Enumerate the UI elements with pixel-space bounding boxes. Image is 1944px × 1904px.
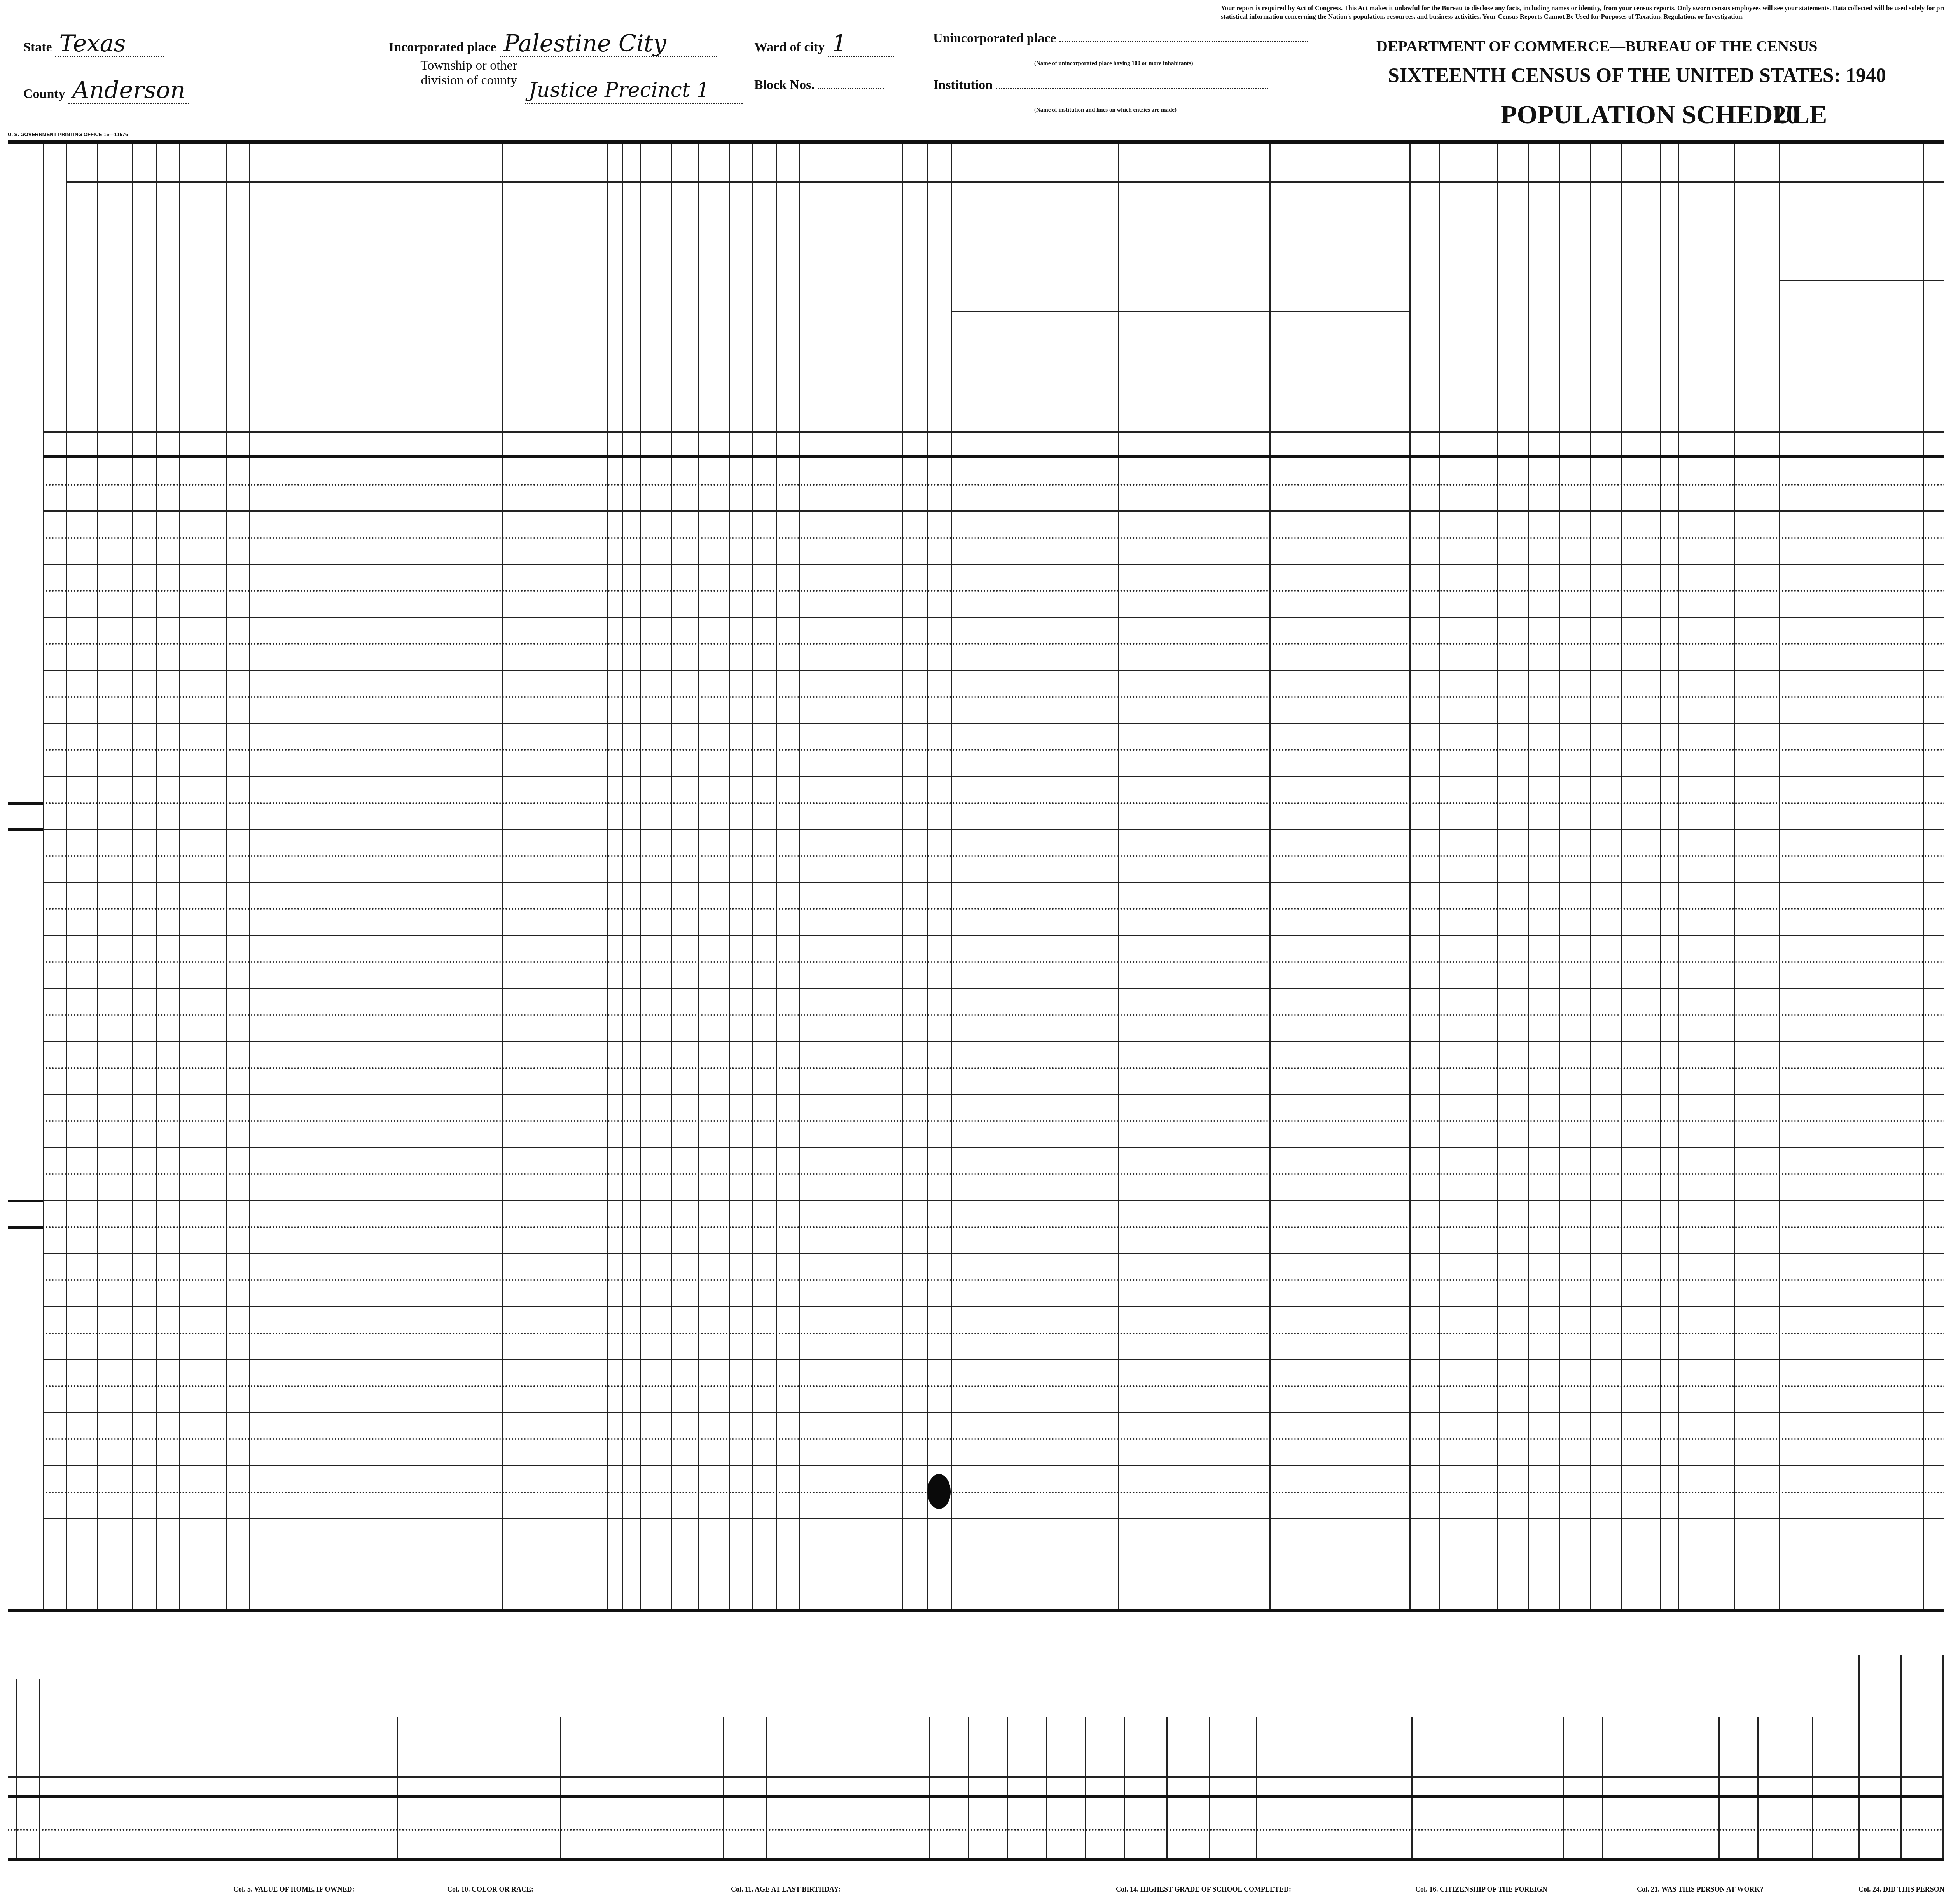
supp-column-rule — [39, 1679, 40, 1861]
cell-name — [251, 591, 500, 616]
cell-sex — [624, 1174, 638, 1199]
cell-w23 — [1561, 1069, 1589, 1093]
cell-codeC — [904, 459, 926, 484]
cell-name — [251, 485, 500, 510]
cell-w24 — [1593, 1201, 1620, 1226]
cell-codeC — [904, 830, 926, 855]
cell-res17 — [953, 1121, 1116, 1146]
supp-cell-father — [399, 1830, 558, 1857]
cell-w24 — [1593, 936, 1620, 961]
cell-res17 — [953, 1201, 1116, 1226]
cell-farm20 — [1412, 697, 1437, 722]
supplementary-questions — [8, 1609, 1944, 1861]
cell-hrs — [1680, 1015, 1732, 1040]
cell-age — [673, 1042, 696, 1067]
cell-rel — [504, 565, 605, 590]
cell-sch — [731, 591, 751, 616]
supp-column-rule — [1757, 1717, 1759, 1861]
cell-grade — [755, 1042, 774, 1067]
cell-w21 — [1499, 1201, 1526, 1226]
supp-row-rule — [8, 1858, 1944, 1861]
county-value: Anderson — [68, 78, 189, 104]
column-rule — [1497, 144, 1498, 1609]
cell-codeB — [778, 697, 797, 722]
cell-w25 — [1624, 962, 1659, 987]
cell-sch — [731, 1280, 751, 1305]
cell-sch — [731, 1254, 751, 1279]
cell-codeA — [609, 697, 621, 722]
cell-name — [251, 830, 500, 855]
cell-codeA — [609, 1095, 621, 1120]
cell-codeA — [609, 459, 621, 484]
supp-cell-lang — [768, 1830, 928, 1857]
cell-codeC — [904, 671, 926, 696]
column-rule — [226, 144, 227, 1609]
cell-farm — [228, 1201, 247, 1226]
cell-ind — [1925, 512, 1944, 536]
cell-birth — [801, 830, 900, 855]
cell-codeD — [1441, 856, 1495, 881]
cell-res19 — [1272, 1254, 1408, 1279]
cell-w23 — [1561, 909, 1589, 934]
cell-age — [673, 1228, 696, 1252]
column-rule — [698, 144, 699, 1609]
cell-farm20 — [1412, 1254, 1437, 1279]
ward-field: Ward of city 1 — [754, 31, 894, 57]
column-rule — [1678, 144, 1679, 1609]
cell-rel — [504, 989, 605, 1014]
supp-cell-father — [399, 1801, 558, 1828]
cell-age — [673, 512, 696, 536]
cell-codeA — [609, 909, 621, 934]
cell-age — [673, 989, 696, 1014]
supp-cell-codeJ — [1604, 1830, 1717, 1857]
cell-farm20 — [1412, 989, 1437, 1014]
cell-mar — [700, 644, 727, 669]
col-header-c21 — [1498, 187, 1526, 428]
cell-name — [251, 909, 500, 934]
cell-res17 — [953, 909, 1116, 934]
column-rule — [156, 144, 157, 1609]
cell-w22 — [1530, 1201, 1558, 1226]
cell-sch — [731, 1174, 751, 1199]
cell-rel — [504, 485, 605, 510]
cell-farm20 — [1412, 856, 1437, 881]
cell-codeB — [778, 485, 797, 510]
cell-w24 — [1593, 538, 1620, 563]
cell-sch — [731, 512, 751, 536]
col-header-c26 — [1679, 187, 1732, 428]
cell-age — [673, 538, 696, 563]
cell-birth — [801, 1280, 900, 1305]
cell-farm — [228, 644, 247, 669]
cell-race — [642, 1148, 669, 1173]
cell-codeA — [609, 485, 621, 510]
cell-w24 — [1593, 485, 1620, 510]
cell-farm20 — [1412, 936, 1437, 961]
cell-w23 — [1561, 1042, 1589, 1067]
cell-mar — [700, 485, 727, 510]
cell-mar — [700, 671, 727, 696]
cell-sch — [731, 1069, 751, 1093]
cell-ind — [1925, 883, 1944, 908]
footer-note: Col. 14. HIGHEST GRADE OF SCHOOL COMPLET… — [1116, 1885, 1291, 1894]
cell-grade — [755, 936, 774, 961]
col-header-c3 — [134, 187, 154, 428]
cell-w22 — [1530, 1280, 1558, 1305]
row-rule — [43, 1465, 1944, 1466]
supp-column-rule — [968, 1717, 969, 1861]
cell-occ — [1781, 618, 1921, 643]
cell-name — [251, 804, 500, 828]
supp-colnum-rule — [8, 1776, 1944, 1778]
cell-w23 — [1561, 538, 1589, 563]
state-field: State Texas — [23, 31, 164, 57]
cell-w22 — [1530, 671, 1558, 696]
cell-rel — [504, 962, 605, 987]
cell-rel — [504, 1228, 605, 1252]
cell-birth — [801, 1069, 900, 1093]
cell-sch — [731, 777, 751, 802]
supp-cell-occ — [1258, 1801, 1410, 1828]
cell-codeD — [1441, 485, 1495, 510]
cell-grade — [755, 644, 774, 669]
cell-sch — [731, 804, 751, 828]
state-label: State — [23, 40, 52, 54]
cell-res17 — [953, 671, 1116, 696]
cell-race — [642, 538, 669, 563]
cell-value — [181, 1201, 224, 1226]
cell-w25 — [1624, 671, 1659, 696]
cell-codeB — [778, 512, 797, 536]
cell-codeC — [904, 644, 926, 669]
cell-farm20 — [1412, 671, 1437, 696]
cell-age — [673, 883, 696, 908]
cell-codeC — [904, 936, 926, 961]
cell-farm — [228, 1254, 247, 1279]
cell-farm — [228, 459, 247, 484]
supp-column-rule — [1166, 1717, 1168, 1861]
cell-codeB — [778, 936, 797, 961]
cell-sch — [731, 830, 751, 855]
cell-codeA — [609, 1069, 621, 1093]
column-rule — [132, 144, 133, 1609]
cell-w23 — [1561, 804, 1589, 828]
supp-cell-cls — [1565, 1801, 1600, 1828]
cell-grade — [755, 883, 774, 908]
col-header-c4 — [157, 187, 177, 428]
cell-age — [673, 644, 696, 669]
cell-name — [251, 565, 500, 590]
column-rule — [502, 144, 503, 1609]
cell-w25 — [1624, 591, 1659, 616]
cell-house — [100, 962, 131, 987]
cell-race — [642, 697, 669, 722]
suppl-rule — [8, 828, 43, 831]
column-rule — [927, 144, 928, 1609]
cell-w24 — [1593, 909, 1620, 934]
cell-birth — [801, 909, 900, 934]
cell-race — [642, 750, 669, 775]
cell-grade — [755, 777, 774, 802]
column-rule — [1269, 144, 1271, 1609]
col-header-c27 — [1736, 187, 1777, 428]
cell-age — [673, 485, 696, 510]
cell-w23 — [1561, 830, 1589, 855]
cell-birth — [801, 962, 900, 987]
cell-birth — [801, 1095, 900, 1120]
cell-hh — [135, 459, 154, 484]
cell-farm20 — [1412, 459, 1437, 484]
printing-office-note: U. S. GOVERNMENT PRINTING OFFICE 16—1157… — [8, 131, 128, 137]
cell-codeE — [1663, 591, 1676, 616]
col-header-cC — [904, 187, 926, 428]
cell-w21 — [1499, 1069, 1526, 1093]
cell-hrs — [1680, 856, 1732, 881]
cell-codeC — [904, 1201, 926, 1226]
cell-rel — [504, 671, 605, 696]
cell-hh — [135, 485, 154, 510]
cell-race — [642, 1280, 669, 1305]
col-header-c17 — [954, 315, 1115, 439]
cell-sex — [624, 1095, 638, 1120]
cell-w24 — [1593, 591, 1620, 616]
cell-w21 — [1499, 909, 1526, 934]
cell-codeD — [1441, 804, 1495, 828]
cell-occ — [1781, 1254, 1921, 1279]
cell-codeA — [609, 1121, 621, 1146]
col-header-occupation-instructions — [1783, 202, 1944, 280]
cell-birth — [801, 1254, 900, 1279]
cell-ind — [1925, 1307, 1944, 1332]
cell-codeD — [1441, 1280, 1495, 1305]
group-rule — [66, 181, 1944, 183]
cell-res17 — [953, 830, 1116, 855]
colnum-rule-top — [43, 431, 1944, 433]
column-rule — [66, 144, 67, 1609]
row-rule — [43, 1518, 1944, 1519]
cell-res17 — [953, 1148, 1116, 1173]
cell-res17 — [953, 1307, 1116, 1332]
row-rule — [43, 1359, 1944, 1360]
cell-hrs — [1680, 512, 1732, 536]
cell-birth — [801, 1174, 900, 1199]
cell-res17 — [953, 697, 1116, 722]
cell-w25 — [1624, 538, 1659, 563]
col-header-c25 — [1623, 187, 1659, 428]
cell-name — [251, 459, 500, 484]
cell-unemp — [1736, 856, 1777, 881]
cell-codeB — [778, 1069, 797, 1093]
cell-w21 — [1499, 989, 1526, 1014]
col-header-c5 — [180, 187, 224, 428]
cell-ind — [1925, 962, 1944, 987]
cell-rel — [504, 1280, 605, 1305]
cell-w24 — [1593, 1042, 1620, 1067]
cell-codeA — [609, 936, 621, 961]
cell-name — [251, 618, 500, 643]
cell-name — [251, 936, 500, 961]
cell-mar — [700, 1280, 727, 1305]
cell-age — [673, 1280, 696, 1305]
supp-cell-lang — [768, 1801, 928, 1828]
cell-w22 — [1530, 909, 1558, 934]
cell-w21 — [1499, 1015, 1526, 1040]
cell-sch — [731, 909, 751, 934]
cell-w24 — [1593, 856, 1620, 881]
suppl-rule — [8, 1200, 43, 1202]
cell-ind — [1925, 1254, 1944, 1279]
header-rule — [8, 140, 1944, 144]
cell-mar — [700, 750, 727, 775]
cell-farm20 — [1412, 1042, 1437, 1067]
cell-age — [673, 565, 696, 590]
cell-codeE — [1663, 1280, 1676, 1305]
cell-codeA — [609, 830, 621, 855]
cell-codeA — [609, 1254, 621, 1279]
cell-codeB — [778, 856, 797, 881]
cell-sex — [624, 883, 638, 908]
cell-sex — [624, 909, 638, 934]
cell-w21 — [1499, 538, 1526, 563]
cell-sch — [731, 1095, 751, 1120]
cell-codeE — [1663, 1201, 1676, 1226]
cell-grade — [755, 750, 774, 775]
cell-w25 — [1624, 1069, 1659, 1093]
state-value: Texas — [55, 31, 164, 57]
col-header-c12 — [699, 187, 727, 428]
township-label: Township or other division of county — [389, 58, 517, 88]
cell-mar — [700, 883, 727, 908]
cell-name — [251, 1069, 500, 1093]
block-value — [818, 88, 884, 89]
supp-column-rule — [1046, 1717, 1047, 1861]
cell-age — [673, 618, 696, 643]
cell-sch — [731, 883, 751, 908]
cell-birth — [801, 618, 900, 643]
cell-w23 — [1561, 1201, 1589, 1226]
supp-cell-mother — [562, 1801, 722, 1828]
cell-res17 — [953, 1069, 1116, 1093]
cell-farm20 — [1412, 724, 1437, 749]
col-header-c22 — [1530, 187, 1558, 428]
cell-codeB — [778, 1015, 797, 1040]
cell-rel — [504, 777, 605, 802]
cell-sex — [624, 962, 638, 987]
row-rule — [43, 1438, 1944, 1440]
cell-house — [100, 1254, 131, 1279]
cell-mar — [700, 1015, 727, 1040]
supp-column-rule — [397, 1717, 398, 1861]
cell-grade — [755, 1201, 774, 1226]
col-header-c24 — [1592, 187, 1620, 428]
cell-codeD — [1441, 883, 1495, 908]
cell-w22 — [1530, 1254, 1558, 1279]
cell-own — [158, 1201, 177, 1226]
supp-cell-occ — [1258, 1830, 1410, 1857]
supp-column-rule — [1718, 1717, 1720, 1861]
cell-res17 — [953, 1228, 1116, 1252]
institution-label: Institution — [933, 78, 993, 92]
cell-w23 — [1561, 962, 1589, 987]
cell-w25 — [1624, 883, 1659, 908]
cell-sch — [731, 936, 751, 961]
residence-rule — [951, 311, 1409, 312]
cell-w22 — [1530, 591, 1558, 616]
row-rule — [43, 1385, 1944, 1387]
cell-w25 — [1624, 485, 1659, 510]
cell-codeB — [778, 989, 797, 1014]
cell-mar — [700, 1069, 727, 1093]
cell-birth — [801, 459, 900, 484]
cell-w23 — [1561, 856, 1589, 881]
cell-w25 — [1624, 1042, 1659, 1067]
county-label: County — [23, 87, 65, 101]
cell-age — [673, 750, 696, 775]
cell-sex — [624, 512, 638, 536]
cell-mar — [700, 1121, 727, 1146]
cell-w25 — [1624, 804, 1659, 828]
cell-hrs — [1680, 936, 1732, 961]
cell-mar — [700, 909, 727, 934]
cell-grade — [755, 1280, 774, 1305]
cell-grade — [755, 1069, 774, 1093]
cell-farm20 — [1412, 830, 1437, 855]
unincorporated-note: (Name of unincorporated place having 100… — [1034, 60, 1193, 67]
cell-res17 — [953, 512, 1116, 536]
institution-field: Institution — [933, 78, 1268, 93]
cell-codeC — [904, 1042, 926, 1067]
cell-farm20 — [1412, 1307, 1437, 1332]
cell-own — [158, 459, 177, 484]
cell-grade — [755, 671, 774, 696]
cell-codeB — [778, 1228, 797, 1252]
cell-codeA — [609, 804, 621, 828]
cell-codeC — [904, 750, 926, 775]
cell-w23 — [1561, 883, 1589, 908]
cell-w21 — [1499, 1228, 1526, 1252]
cell-w23 — [1561, 644, 1589, 669]
cell-w25 — [1624, 1254, 1659, 1279]
cell-birth — [801, 512, 900, 536]
cell-farm20 — [1412, 1069, 1437, 1093]
cell-mar — [700, 618, 727, 643]
cell-w21 — [1499, 1095, 1526, 1120]
incorporated-place-value: Palestine City — [500, 31, 717, 57]
cell-res17 — [953, 989, 1116, 1014]
cell-codeE — [1663, 538, 1676, 563]
cell-sch — [731, 1148, 751, 1173]
supp-column-rule — [1411, 1717, 1413, 1861]
census-title: SIXTEENTH CENSUS OF THE UNITED STATES: 1… — [1388, 64, 1886, 87]
cell-w24 — [1593, 459, 1620, 484]
supp-cell-s43 — [1169, 1830, 1208, 1857]
cell-w23 — [1561, 1015, 1589, 1040]
cell-grade — [755, 1174, 774, 1199]
cell-res17 — [953, 538, 1116, 563]
cell-w21 — [1499, 830, 1526, 855]
cell-codeE — [1663, 936, 1676, 961]
cell-occ — [1781, 909, 1921, 934]
cell-w24 — [1593, 512, 1620, 536]
cell-race — [642, 1228, 669, 1252]
cell-name — [251, 856, 500, 881]
cell-farm20 — [1412, 1228, 1437, 1252]
supp-cell-mother — [562, 1830, 722, 1857]
supp-cell-s43 — [1169, 1801, 1208, 1828]
cell-house — [100, 485, 131, 510]
cell-birth — [801, 750, 900, 775]
